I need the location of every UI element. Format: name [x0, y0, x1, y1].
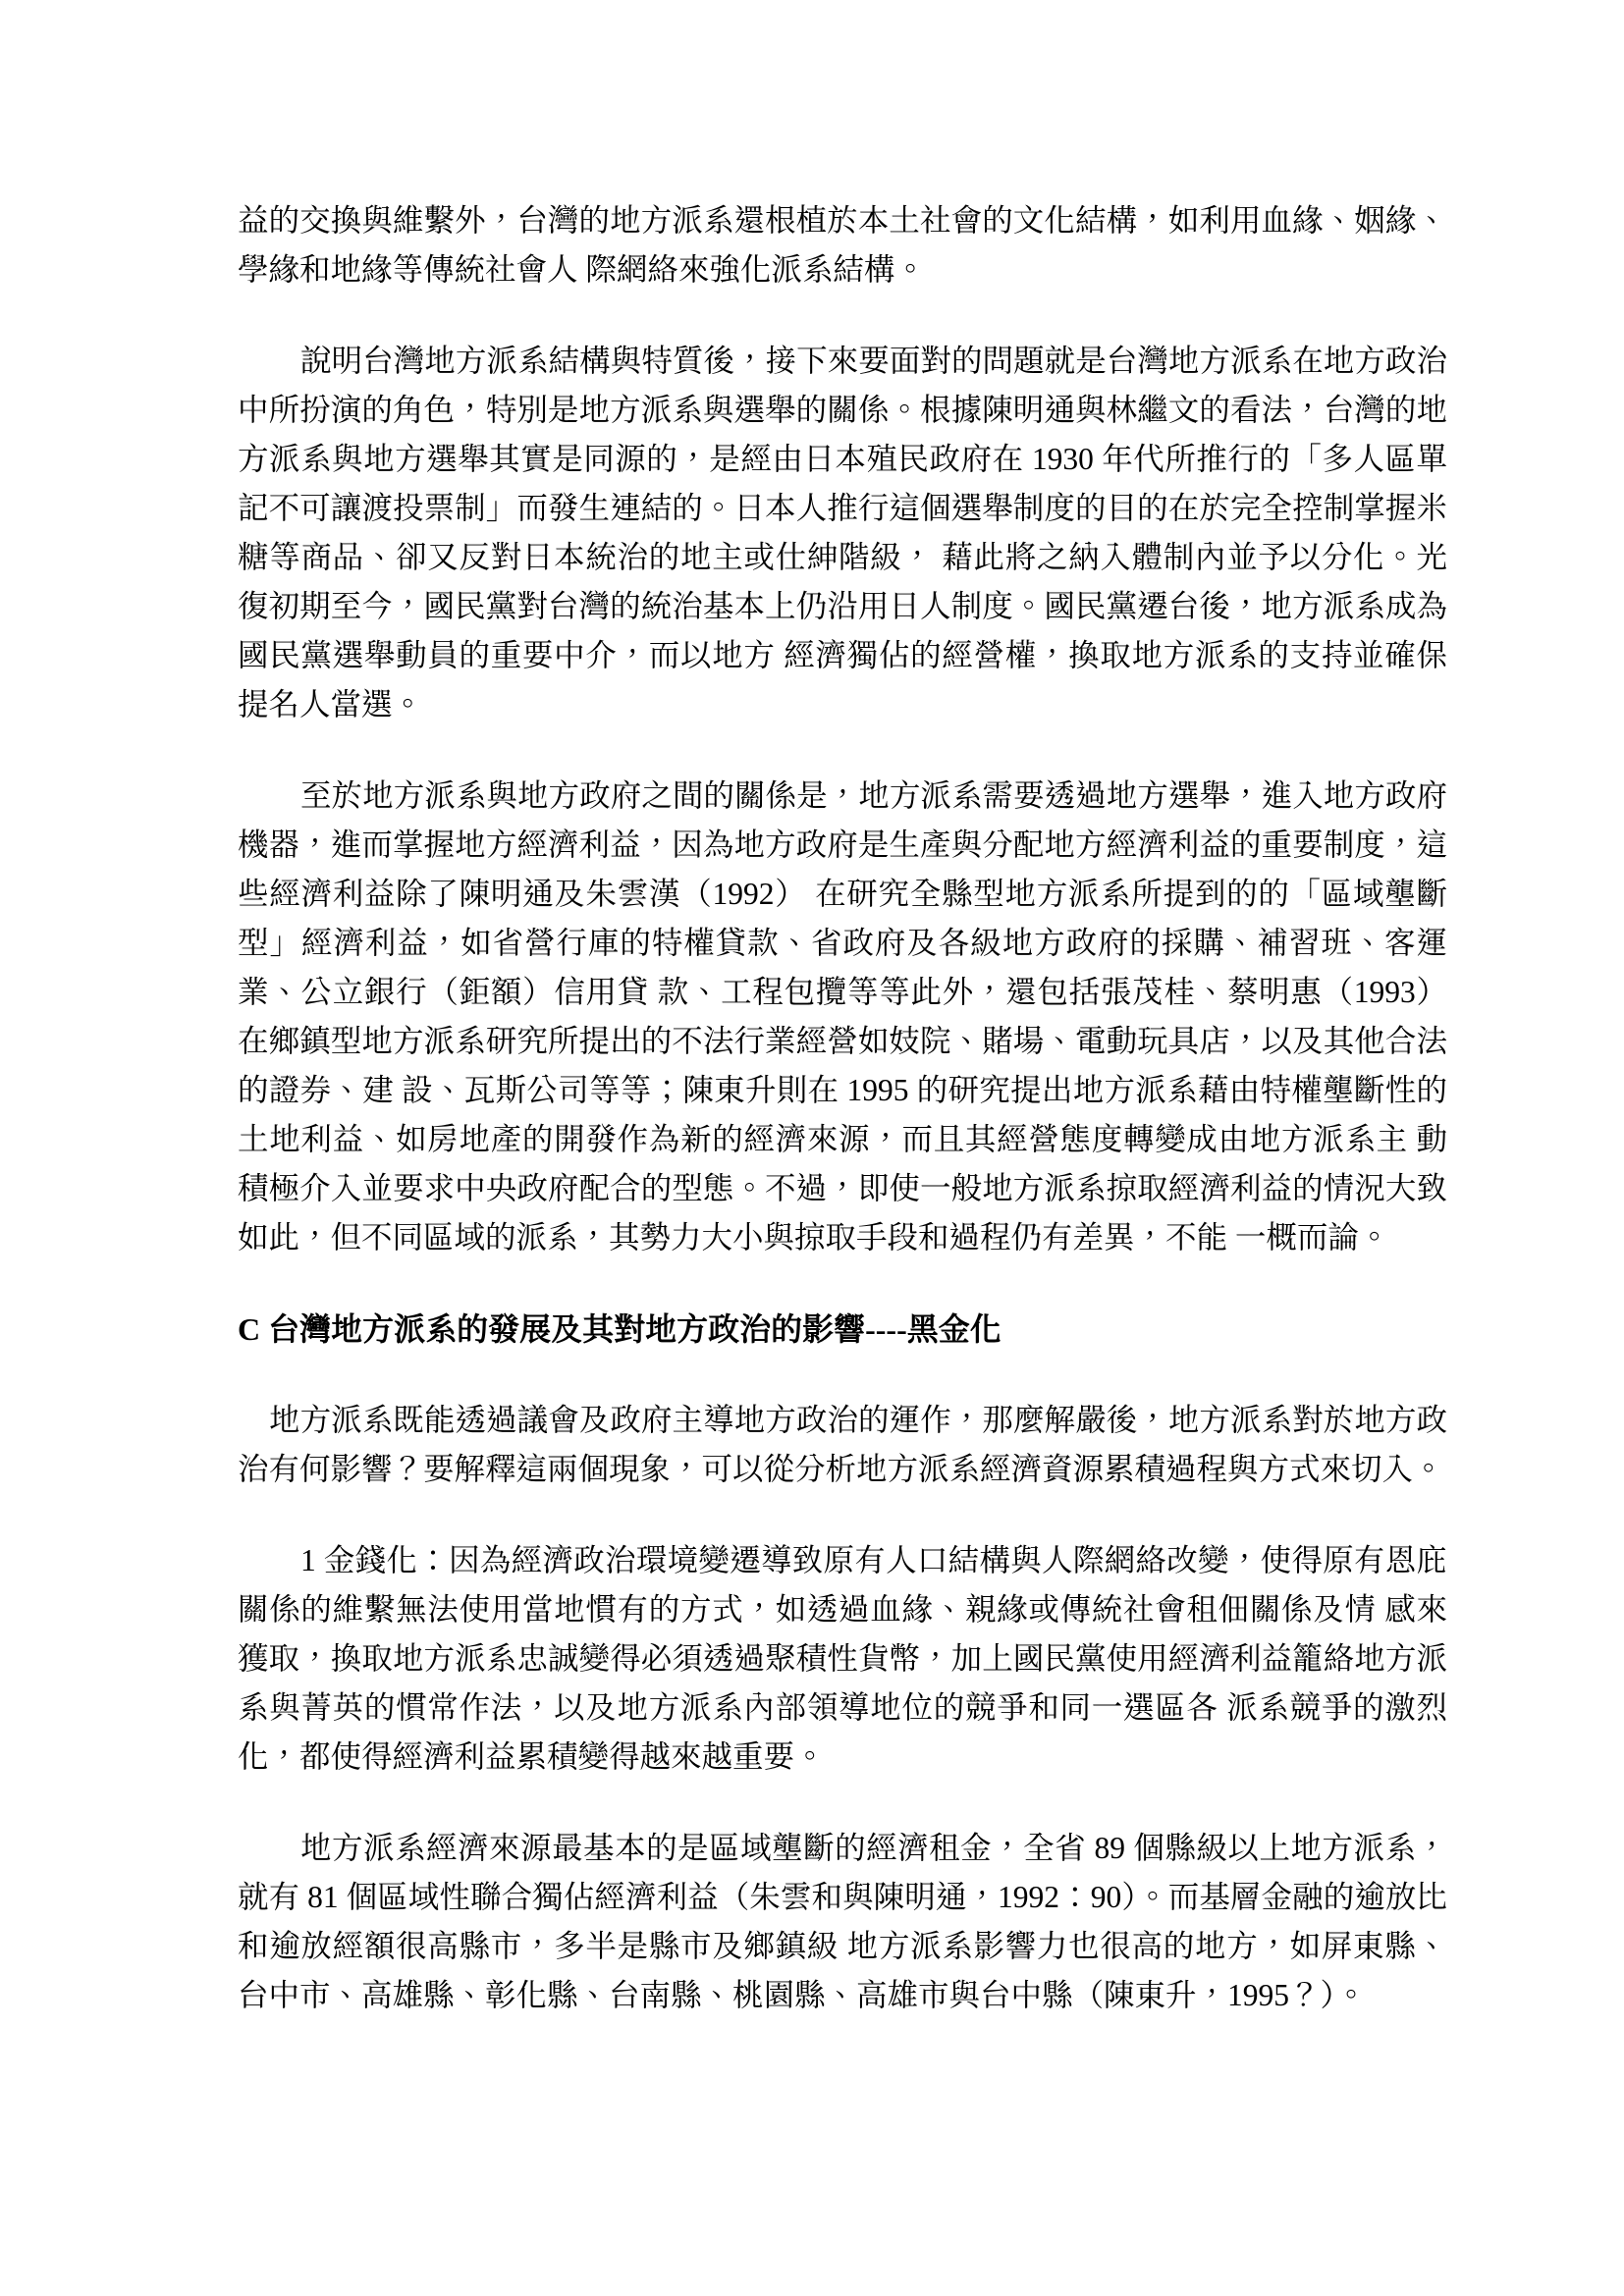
- section-heading-black-gold: C 台灣地方派系的發展及其對地方政治的影響----黑金化: [238, 1305, 1447, 1354]
- body-paragraph-election-origin: 說明台灣地方派系結構與特質後，接下來要面對的問題就是台灣地方派系在地方政治中所扮…: [238, 337, 1447, 729]
- body-paragraph-influence-question: 地方派系既能透過議會及政府主導地方政治的運作，那麼解嚴後，地方派系對於地方政治有…: [238, 1396, 1447, 1494]
- body-paragraph-monetization: 1 金錢化：因為經濟政治環境變遷導致原有人口結構與人際網絡改變，使得原有恩庇關係…: [238, 1536, 1447, 1782]
- body-paragraph-faction-government-relation: 至於地方派系與地方政府之間的關係是，地方派系需要透過地方選舉，進入地方政府機器，…: [238, 772, 1447, 1262]
- document-page: 益的交換與維繫外，台灣的地方派系還根植於本土社會的文化結構，如利用血緣、姻緣、學…: [0, 0, 1624, 2296]
- body-paragraph-economic-rent: 地方派系經濟來源最基本的是區域壟斷的經濟租金，全省 89 個縣級以上地方派系，就…: [238, 1824, 1447, 2020]
- body-paragraph-continuation: 益的交換與維繫外，台灣的地方派系還根植於本土社會的文化結構，如利用血緣、姻緣、學…: [238, 196, 1447, 294]
